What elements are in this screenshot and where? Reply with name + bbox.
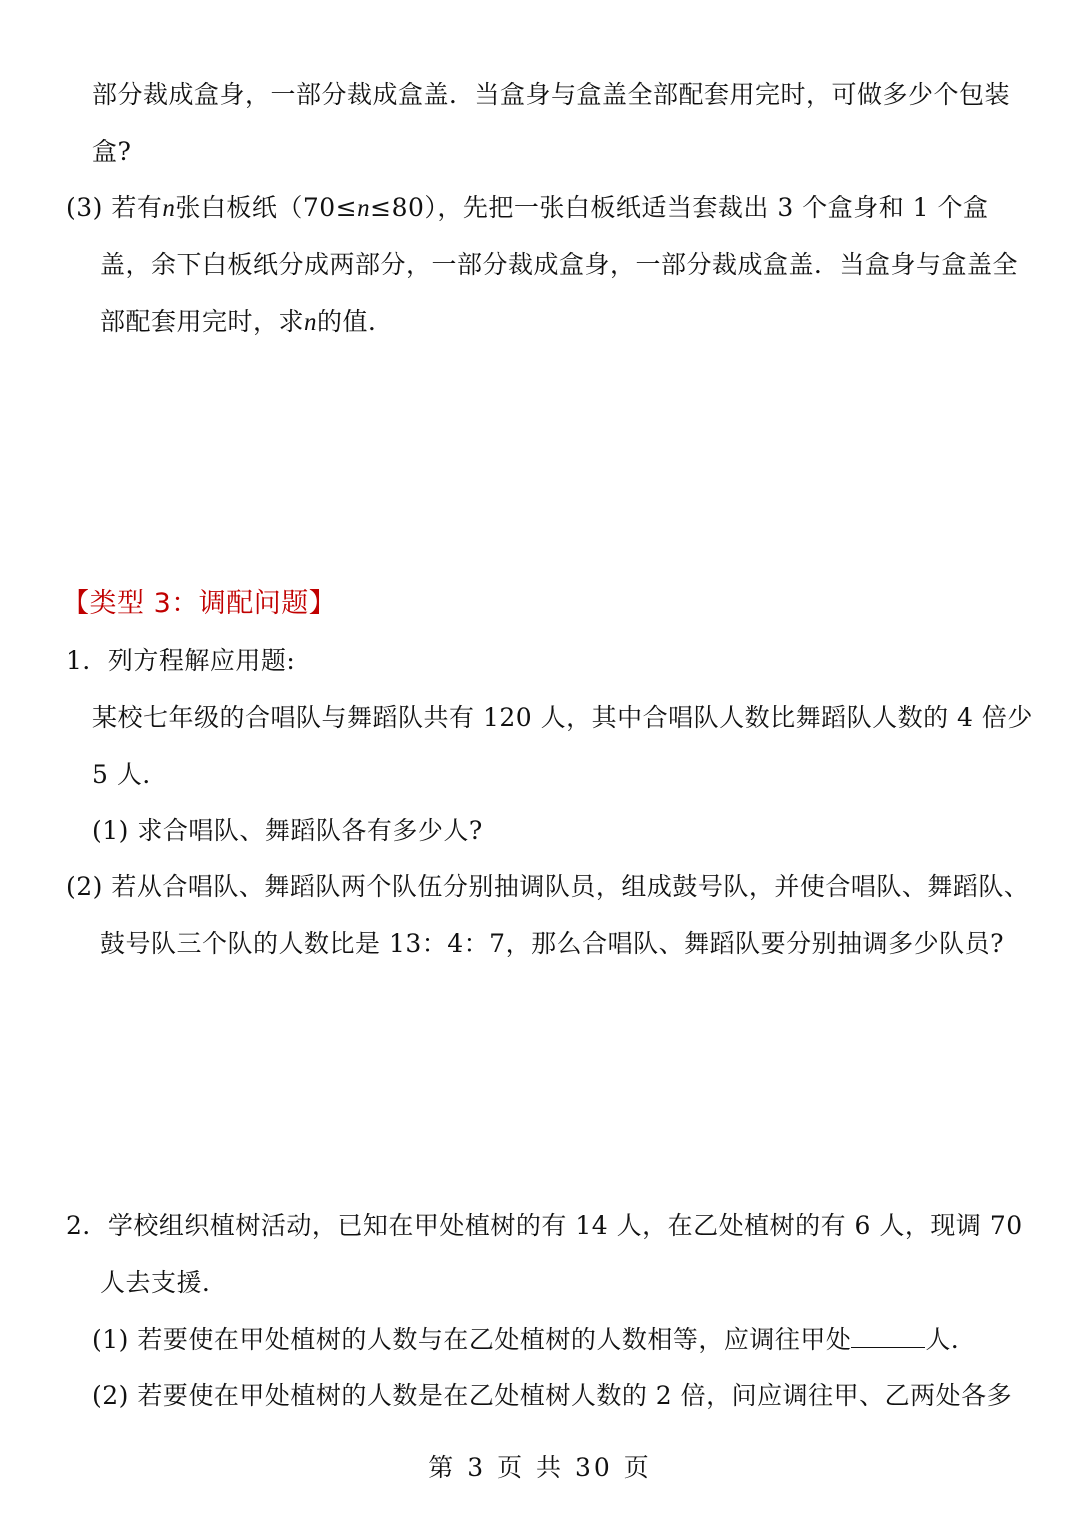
answer-blank[interactable]: [851, 1325, 925, 1348]
problem1-stem-line2: 5 人．: [92, 759, 168, 791]
prev-problem-line1: 部分裁成盒身，一部分裁成盒盖．当盒身与盒盖全部配套用完时，可做多少个包装: [92, 79, 1010, 111]
variable-n: n: [357, 195, 370, 222]
part3-text-a: 若有: [111, 193, 162, 222]
prev-problem-part3-line3: 部配套用完时，求n的值．: [100, 306, 394, 339]
part3-text-c: ≤80），先把一张白板纸适当套裁出 3 个盒身和 1 个盒: [370, 193, 988, 222]
problem1-number: 1．列方程解应用题:: [66, 645, 295, 677]
problem2-part1-text-a: (1) 若要使在甲处植树的人数与在乙处植树的人数相等，应调往甲处: [92, 1325, 851, 1354]
problem2-part1-text-b: 人．: [925, 1325, 976, 1354]
problem2-line2: 人去支援．: [100, 1267, 228, 1299]
prev-problem-part3-line2: 盖，余下白板纸分成两部分，一部分裁成盒身，一部分裁成盒盖．当盒身与盒盖全: [100, 249, 1018, 281]
variable-n: n: [162, 195, 175, 222]
variable-n: n: [304, 309, 317, 336]
problem1-part1: (1) 求合唱队、舞蹈队各有多少人?: [92, 815, 483, 847]
problem2-part2: (2) 若要使在甲处植树的人数是在乙处植树人数的 2 倍，问应调往甲、乙两处各多: [92, 1380, 1012, 1412]
part3-line3-text-b: 的值．: [317, 307, 394, 336]
prev-problem-line2: 盒?: [92, 136, 131, 168]
prev-problem-part3-line1: (3) 若有n张白板纸（70≤n≤80），先把一张白板纸适当套裁出 3 个盒身和…: [66, 192, 989, 225]
part3-label: (3): [66, 193, 103, 222]
problem1-part2-line2: 鼓号队三个队的人数比是 13：4：7，那么合唱队、舞蹈队要分别抽调多少队员?: [100, 928, 1004, 960]
part3-text-b: 张白板纸（70≤: [175, 193, 357, 222]
problem1-stem-line1: 某校七年级的合唱队与舞蹈队共有 120 人，其中合唱队人数比舞蹈队人数的 4 倍…: [92, 702, 1033, 734]
section-heading: 【类型 3：调配问题】: [62, 588, 336, 620]
page-footer: 第 3 页 共 30 页: [0, 1452, 1080, 1484]
problem1-part2-line1: (2) 若从合唱队、舞蹈队两个队伍分别抽调队员，组成鼓号队，并使合唱队、舞蹈队、: [66, 871, 1029, 903]
part3-line3-text-a: 部配套用完时，求: [100, 307, 304, 336]
problem2-part1: (1) 若要使在甲处植树的人数与在乙处植树的人数相等，应调往甲处人．: [92, 1324, 976, 1356]
problem2-line1: 2．学校组织植树活动，已知在甲处植树的有 14 人，在乙处植树的有 6 人，现调…: [66, 1210, 1023, 1242]
